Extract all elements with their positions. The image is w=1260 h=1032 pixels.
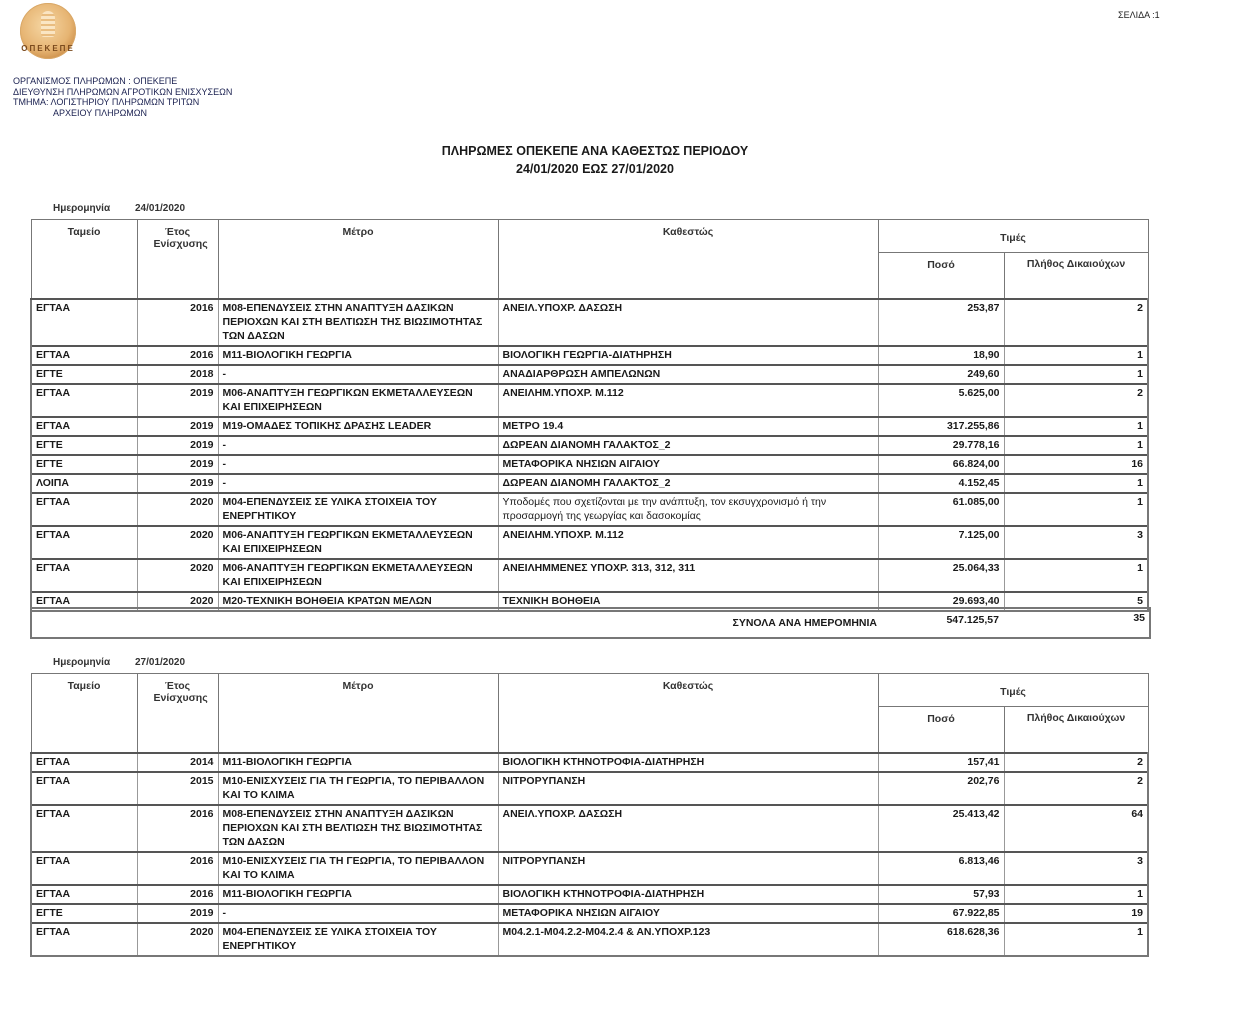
status-cell: ΑΝΕΙΛΗΜΜΕΝΕΣ ΥΠΟΧΡ. 313, 312, 311 [498,559,878,592]
amount-cell: 317.255,86 [878,417,1004,436]
year-cell: 2019 [137,384,218,417]
beneficiaries-cell: 16 [1004,455,1148,474]
amount-cell: 25.413,42 [878,805,1004,852]
beneficiaries-cell: 19 [1004,904,1148,923]
table-row: ΛΟΙΠΑ2019-ΔΩΡΕΑΝ ΔΙΑΝΟΜΗ ΓΑΛΑΚΤΟΣ_24.152… [31,474,1148,493]
fund-cell: ΕΓΤΑΑ [31,805,137,852]
beneficiaries-cell: 2 [1004,753,1148,772]
status-cell: ΜΕΤΑΦΟΡΙΚΑ ΝΗΣΙΩΝ ΑΙΓΑΙΟΥ [498,904,878,923]
table-row: ΕΓΤΑΑ2016Μ11-ΒΙΟΛΟΓΙΚΗ ΓΕΩΡΓΙΑΒΙΟΛΟΓΙΚΗ … [31,346,1148,365]
year-cell: 2014 [137,753,218,772]
date-label: Ημερομηνία [53,657,135,668]
amount-cell: 618.628,36 [878,923,1004,956]
amount-cell: 18,90 [878,346,1004,365]
beneficiaries-cell: 1 [1004,436,1148,455]
col-measure-header: Μέτρο [218,220,498,300]
measure-cell: Μ04-ΕΠΕΝΔΥΣΕΙΣ ΣΕ ΥΛΙΚΑ ΣΤΟΙΧΕΙΑ ΤΟΥ ΕΝΕ… [218,493,498,526]
year-cell: 2016 [137,299,218,346]
year-cell: 2019 [137,417,218,436]
beneficiaries-cell: 1 [1004,559,1148,592]
amount-cell: 253,87 [878,299,1004,346]
measure-cell: - [218,455,498,474]
col-values-header: Τιμές [878,220,1148,253]
beneficiaries-cell: 1 [1004,365,1148,384]
beneficiaries-cell: 1 [1004,923,1148,956]
measure-cell: Μ08-ΕΠΕΝΔΥΣΕΙΣ ΣΤΗΝ ΑΝΑΠΤΥΞΗ ΔΑΣΙΚΩΝ ΠΕΡ… [218,805,498,852]
beneficiaries-cell: 1 [1004,417,1148,436]
amount-cell: 61.085,00 [878,493,1004,526]
col-status-header: Καθεστώς [498,220,878,300]
year-cell: 2018 [137,365,218,384]
beneficiaries-cell: 64 [1004,805,1148,852]
col-fund-header: Ταμείο [31,674,137,754]
col-beneficiaries-header: Πλήθος Δικαιούχων [1004,707,1148,753]
fund-cell: ΕΓΤΑΑ [31,852,137,885]
fund-cell: ΕΓΤΑΑ [31,526,137,559]
table-row: ΕΓΤΕ2019-ΔΩΡΕΑΝ ΔΙΑΝΟΜΗ ΓΑΛΑΚΤΟΣ_229.778… [31,436,1148,455]
status-cell: ΒΙΟΛΟΓΙΚΗ ΚΤΗΝΟΤΡΟΦΙΑ-ΔΙΑΤΗΡΗΣΗ [498,753,878,772]
fund-cell: ΕΓΤΕ [31,365,137,384]
fund-cell: ΕΓΤΑΑ [31,299,137,346]
status-cell: ΜΕΤΑΦΟΡΙΚΑ ΝΗΣΙΩΝ ΑΙΓΑΙΟΥ [498,455,878,474]
measure-cell: - [218,365,498,384]
status-cell: ΑΝΑΔΙΑΡΘΡΩΣΗ ΑΜΠΕΛΩΝΩΝ [498,365,878,384]
col-values-header: Τιμές [878,674,1148,707]
totals-row: ΣΥΝΟΛΑ ΑΝΑ ΗΜΕΡΟΜΗΝΙΑ 547.125,57 35 [30,607,1151,639]
year-cell: 2016 [137,805,218,852]
measure-cell: Μ19-ΟΜΑΔΕΣ ΤΟΠΙΚΗΣ ΔΡΑΣΗΣ LEADER [218,417,498,436]
year-cell: 2020 [137,923,218,956]
measure-cell: Μ10-ΕΝΙΣΧΥΣΕΙΣ ΓΙΑ ΤΗ ΓΕΩΡΓΙΑ, ΤΟ ΠΕΡΙΒΑ… [218,852,498,885]
fund-cell: ΕΓΤΑΑ [31,559,137,592]
status-cell: ΒΙΟΛΟΓΙΚΗ ΚΤΗΝΟΤΡΟΦΙΑ-ΔΙΑΤΗΡΗΣΗ [498,885,878,904]
amount-cell: 29.778,16 [878,436,1004,455]
wheat-icon [41,11,55,37]
table-row: ΕΓΤΑΑ2016Μ11-ΒΙΟΛΟΓΙΚΗ ΓΕΩΡΓΙΑΒΙΟΛΟΓΙΚΗ … [31,885,1148,904]
beneficiaries-cell: 2 [1004,772,1148,805]
status-cell: ΒΙΟΛΟΓΙΚΗ ΓΕΩΡΓΙΑ-ΔΙΑΤΗΡΗΣΗ [498,346,878,365]
year-cell: 2020 [137,559,218,592]
beneficiaries-cell: 2 [1004,384,1148,417]
measure-cell: Μ06-ΑΝΑΠΤΥΞΗ ΓΕΩΡΓΙΚΩΝ ΕΚΜΕΤΑΛΛΕΥΣΕΩΝ ΚΑ… [218,526,498,559]
table-row: ΕΓΤΑΑ2016Μ08-ΕΠΕΝΔΥΣΕΙΣ ΣΤΗΝ ΑΝΑΠΤΥΞΗ ΔΑ… [31,299,1148,346]
amount-cell: 7.125,00 [878,526,1004,559]
org-line: ΑΡΧΕΙΟΥ ΠΛΗΡΩΜΩΝ [13,108,232,119]
year-cell: 2019 [137,455,218,474]
table-row: ΕΓΤΑΑ2019Μ19-ΟΜΑΔΕΣ ΤΟΠΙΚΗΣ ΔΡΑΣΗΣ LEADE… [31,417,1148,436]
table-row: ΕΓΤΕ2019-ΜΕΤΑΦΟΡΙΚΑ ΝΗΣΙΩΝ ΑΙΓΑΙΟΥ66.824… [31,455,1148,474]
amount-cell: 25.064,33 [878,559,1004,592]
col-amount-header: Ποσό [878,707,1004,753]
fund-cell: ΕΓΤΕ [31,436,137,455]
fund-cell: ΕΓΤΑΑ [31,384,137,417]
amount-cell: 249,60 [878,365,1004,384]
org-line: ΔΙΕΥΘΥΝΣΗ ΠΛΗΡΩΜΩΝ ΑΓΡΟΤΙΚΩΝ ΕΝΙΣΧΥΣΕΩΝ [13,87,232,98]
year-cell: 2019 [137,436,218,455]
status-cell: ΑΝΕΙΛΗΜ.ΥΠΟΧΡ. Μ.112 [498,526,878,559]
beneficiaries-cell: 1 [1004,885,1148,904]
measure-cell: Μ04-ΕΠΕΝΔΥΣΕΙΣ ΣΕ ΥΛΙΚΑ ΣΤΟΙΧΕΙΑ ΤΟΥ ΕΝΕ… [218,923,498,956]
payments-table-1: ΤαμείοΈτος ΕνίσχυσηςΜέτροΚαθεστώςΤιμέςΠο… [30,219,1149,612]
measure-cell: Μ10-ΕΝΙΣΧΥΣΕΙΣ ΓΙΑ ΤΗ ΓΕΩΡΓΙΑ, ΤΟ ΠΕΡΙΒΑ… [218,772,498,805]
status-cell: ΔΩΡΕΑΝ ΔΙΑΝΟΜΗ ΓΑΛΑΚΤΟΣ_2 [498,436,878,455]
measure-cell: - [218,904,498,923]
year-cell: 2016 [137,346,218,365]
year-cell: 2016 [137,852,218,885]
col-amount-header: Ποσό [878,253,1004,299]
table-row: ΕΓΤΑΑ2015Μ10-ΕΝΙΣΧΥΣΕΙΣ ΓΙΑ ΤΗ ΓΕΩΡΓΙΑ, … [31,772,1148,805]
status-cell: ΑΝΕΙΛ.ΥΠΟΧΡ. ΔΑΣΩΣΗ [498,299,878,346]
table-row: ΕΓΤΑΑ2020Μ04-ΕΠΕΝΔΥΣΕΙΣ ΣΕ ΥΛΙΚΑ ΣΤΟΙΧΕΙ… [31,493,1148,526]
amount-cell: 6.813,46 [878,852,1004,885]
fund-cell: ΕΓΤΑΑ [31,772,137,805]
status-cell: ΜΕΤΡΟ 19.4 [498,417,878,436]
page-number: ΣΕΛΙΔΑ :1 [1118,10,1160,20]
table-row: ΕΓΤΑΑ2016Μ08-ΕΠΕΝΔΥΣΕΙΣ ΣΤΗΝ ΑΝΑΠΤΥΞΗ ΔΑ… [31,805,1148,852]
fund-cell: ΕΓΤΑΑ [31,346,137,365]
fund-cell: ΕΓΤΕ [31,904,137,923]
year-cell: 2020 [137,493,218,526]
measure-cell: Μ11-ΒΙΟΛΟΓΙΚΗ ΓΕΩΡΓΙΑ [218,885,498,904]
table-row: ΕΓΤΑΑ2016Μ10-ΕΝΙΣΧΥΣΕΙΣ ΓΙΑ ΤΗ ΓΕΩΡΓΙΑ, … [31,852,1148,885]
org-line: ΟΡΓΑΝΙΣΜΟΣ ΠΛΗΡΩΜΩΝ : ΟΠΕΚΕΠΕ [13,76,232,87]
measure-cell: - [218,436,498,455]
date-label: Ημερομηνία [53,203,135,214]
year-cell: 2016 [137,885,218,904]
col-fund-header: Ταμείο [31,220,137,300]
measure-cell: Μ06-ΑΝΑΠΤΥΞΗ ΓΕΩΡΓΙΚΩΝ ΕΚΜΕΤΑΛΛΕΥΣΕΩΝ ΚΑ… [218,384,498,417]
fund-cell: ΕΓΤΑΑ [31,923,137,956]
status-cell: Υποδομές που σχετίζονται με την ανάπτυξη… [498,493,878,526]
measure-cell: Μ11-ΒΙΟΛΟΓΙΚΗ ΓΕΩΡΓΙΑ [218,346,498,365]
year-cell: 2015 [137,772,218,805]
measure-cell: Μ11-ΒΙΟΛΟΓΙΚΗ ΓΕΩΡΓΙΑ [218,753,498,772]
payments-table-2: ΤαμείοΈτος ΕνίσχυσηςΜέτροΚαθεστώςΤιμέςΠο… [30,673,1149,957]
status-cell: ΝΙΤΡΟΡΥΠΑΝΣΗ [498,852,878,885]
amount-cell: 5.625,00 [878,384,1004,417]
date-value: 24/01/2020 [135,203,185,214]
report-period: 24/01/2020 ΕΩΣ 27/01/2020 [0,162,1190,176]
beneficiaries-cell: 2 [1004,299,1148,346]
status-cell: ΝΙΤΡΟΡΥΠΑΝΣΗ [498,772,878,805]
report-title: ΠΛΗΡΩΜΕΣ ΟΠΕΚΕΠΕ ΑΝΑ ΚΑΘΕΣΤΩΣ ΠΕΡΙΟΔΟΥ [0,144,1190,158]
amount-cell: 57,93 [878,885,1004,904]
measure-cell: Μ08-ΕΠΕΝΔΥΣΕΙΣ ΣΤΗΝ ΑΝΑΠΤΥΞΗ ΔΑΣΙΚΩΝ ΠΕΡ… [218,299,498,346]
col-year-header: Έτος Ενίσχυσης [137,220,218,300]
amount-cell: 202,76 [878,772,1004,805]
org-line: ΤΜΗΜΑ: ΛΟΓΙΣΤΗΡΙΟΥ ΠΛΗΡΩΜΩΝ ΤΡΙΤΩΝ [13,97,232,108]
totals-count: 35 [1133,612,1145,624]
fund-cell: ΛΟΙΠΑ [31,474,137,493]
fund-cell: ΕΓΤΑΑ [31,493,137,526]
header-row: ΤαμείοΈτος ΕνίσχυσηςΜέτροΚαθεστώςΤιμές [31,674,1148,707]
header-row: ΤαμείοΈτος ΕνίσχυσηςΜέτροΚαθεστώςΤιμές [31,220,1148,253]
col-beneficiaries-header: Πλήθος Δικαιούχων [1004,253,1148,299]
amount-cell: 4.152,45 [878,474,1004,493]
year-cell: 2020 [137,526,218,559]
beneficiaries-cell: 1 [1004,346,1148,365]
beneficiaries-cell: 3 [1004,526,1148,559]
table-row: ΕΓΤΑΑ2020Μ06-ΑΝΑΠΤΥΞΗ ΓΕΩΡΓΙΚΩΝ ΕΚΜΕΤΑΛΛ… [31,559,1148,592]
fund-cell: ΕΓΤΑΑ [31,885,137,904]
status-cell: ΑΝΕΙΛ.ΥΠΟΧΡ. ΔΑΣΩΣΗ [498,805,878,852]
beneficiaries-cell: 1 [1004,474,1148,493]
col-status-header: Καθεστώς [498,674,878,754]
status-cell: ΔΩΡΕΑΝ ΔΙΑΝΟΜΗ ΓΑΛΑΚΤΟΣ_2 [498,474,878,493]
fund-cell: ΕΓΤΑΑ [31,753,137,772]
table-row: ΕΓΤΑΑ2020Μ04-ΕΠΕΝΔΥΣΕΙΣ ΣΕ ΥΛΙΚΑ ΣΤΟΙΧΕΙ… [31,923,1148,956]
organization-header: ΟΡΓΑΝΙΣΜΟΣ ΠΛΗΡΩΜΩΝ : ΟΠΕΚΕΠΕ ΔΙΕΥΘΥΝΣΗ … [13,76,232,118]
amount-cell: 157,41 [878,753,1004,772]
measure-cell: - [218,474,498,493]
col-measure-header: Μέτρο [218,674,498,754]
totals-label: ΣΥΝΟΛΑ ΑΝΑ ΗΜΕΡΟΜΗΝΙΑ [733,617,877,629]
table-row: ΕΓΤΑΑ2014Μ11-ΒΙΟΛΟΓΙΚΗ ΓΕΩΡΓΙΑΒΙΟΛΟΓΙΚΗ … [31,753,1148,772]
year-cell: 2019 [137,474,218,493]
beneficiaries-cell: 3 [1004,852,1148,885]
fund-cell: ΕΓΤΕ [31,455,137,474]
col-year-header: Έτος Ενίσχυσης [137,674,218,754]
status-cell: ΑΝΕΙΛΗΜ.ΥΠΟΧΡ. Μ.112 [498,384,878,417]
table-row: ΕΓΤΕ2018-ΑΝΑΔΙΑΡΘΡΩΣΗ ΑΜΠΕΛΩΝΩΝ249,601 [31,365,1148,384]
table-row: ΕΓΤΑΑ2020Μ06-ΑΝΑΠΤΥΞΗ ΓΕΩΡΓΙΚΩΝ ΕΚΜΕΤΑΛΛ… [31,526,1148,559]
amount-cell: 67.922,85 [878,904,1004,923]
beneficiaries-cell: 1 [1004,493,1148,526]
amount-cell: 66.824,00 [878,455,1004,474]
fund-cell: ΕΓΤΑΑ [31,417,137,436]
table-row: ΕΓΤΑΑ2019Μ06-ΑΝΑΠΤΥΞΗ ΓΕΩΡΓΙΚΩΝ ΕΚΜΕΤΑΛΛ… [31,384,1148,417]
opekepe-logo: ΟΠΕΚΕΠΕ [20,3,76,59]
measure-cell: Μ06-ΑΝΑΠΤΥΞΗ ΓΕΩΡΓΙΚΩΝ ΕΚΜΕΤΑΛΛΕΥΣΕΩΝ ΚΑ… [218,559,498,592]
totals-amount: 547.125,57 [946,614,999,626]
section-date: Ημερομηνία27/01/2020 [53,657,185,668]
logo-text: ΟΠΕΚΕΠΕ [20,44,76,53]
section-date: Ημερομηνία24/01/2020 [53,203,185,214]
date-value: 27/01/2020 [135,657,185,668]
status-cell: Μ04.2.1-Μ04.2.2-Μ04.2.4 & ΑΝ.ΥΠΟΧΡ.123 [498,923,878,956]
table-row: ΕΓΤΕ2019-ΜΕΤΑΦΟΡΙΚΑ ΝΗΣΙΩΝ ΑΙΓΑΙΟΥ67.922… [31,904,1148,923]
year-cell: 2019 [137,904,218,923]
